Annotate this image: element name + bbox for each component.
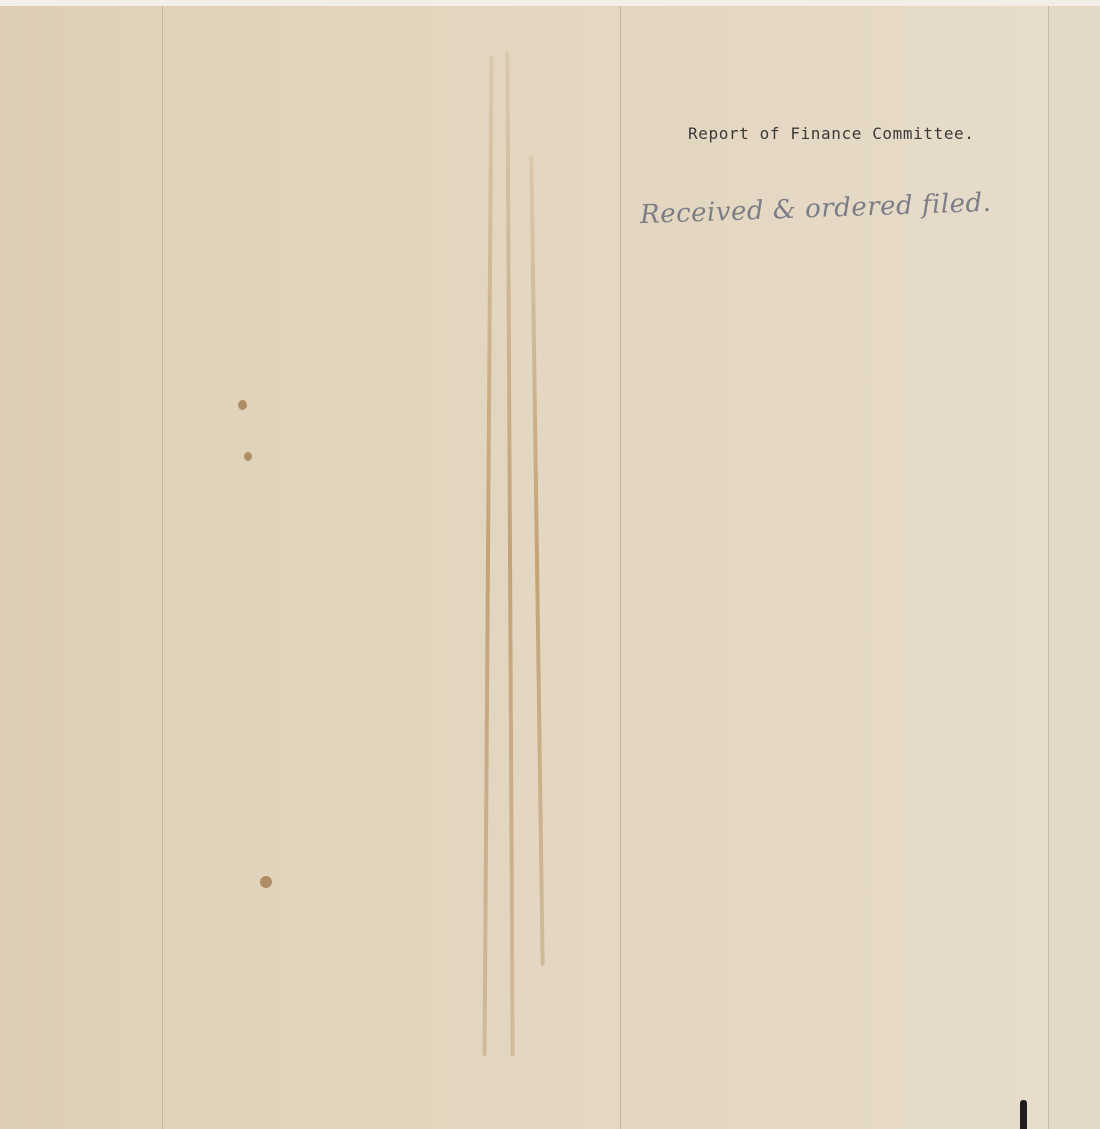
stain-spot (244, 452, 252, 461)
stain-spot (238, 400, 247, 410)
fold-panel-right (620, 6, 1048, 1129)
typed-heading: Report of Finance Committee. (688, 124, 975, 143)
edge-mark (1020, 1100, 1027, 1129)
stain-spot (260, 876, 272, 888)
fold-line (1048, 6, 1049, 1129)
fold-line (162, 6, 163, 1129)
fold-panel-middle (162, 6, 620, 1129)
fold-panel-edge (1048, 6, 1100, 1129)
fold-panel-left (0, 6, 162, 1129)
document-page: Report of Finance Committee. Received & … (0, 6, 1100, 1129)
fold-line (620, 6, 621, 1129)
